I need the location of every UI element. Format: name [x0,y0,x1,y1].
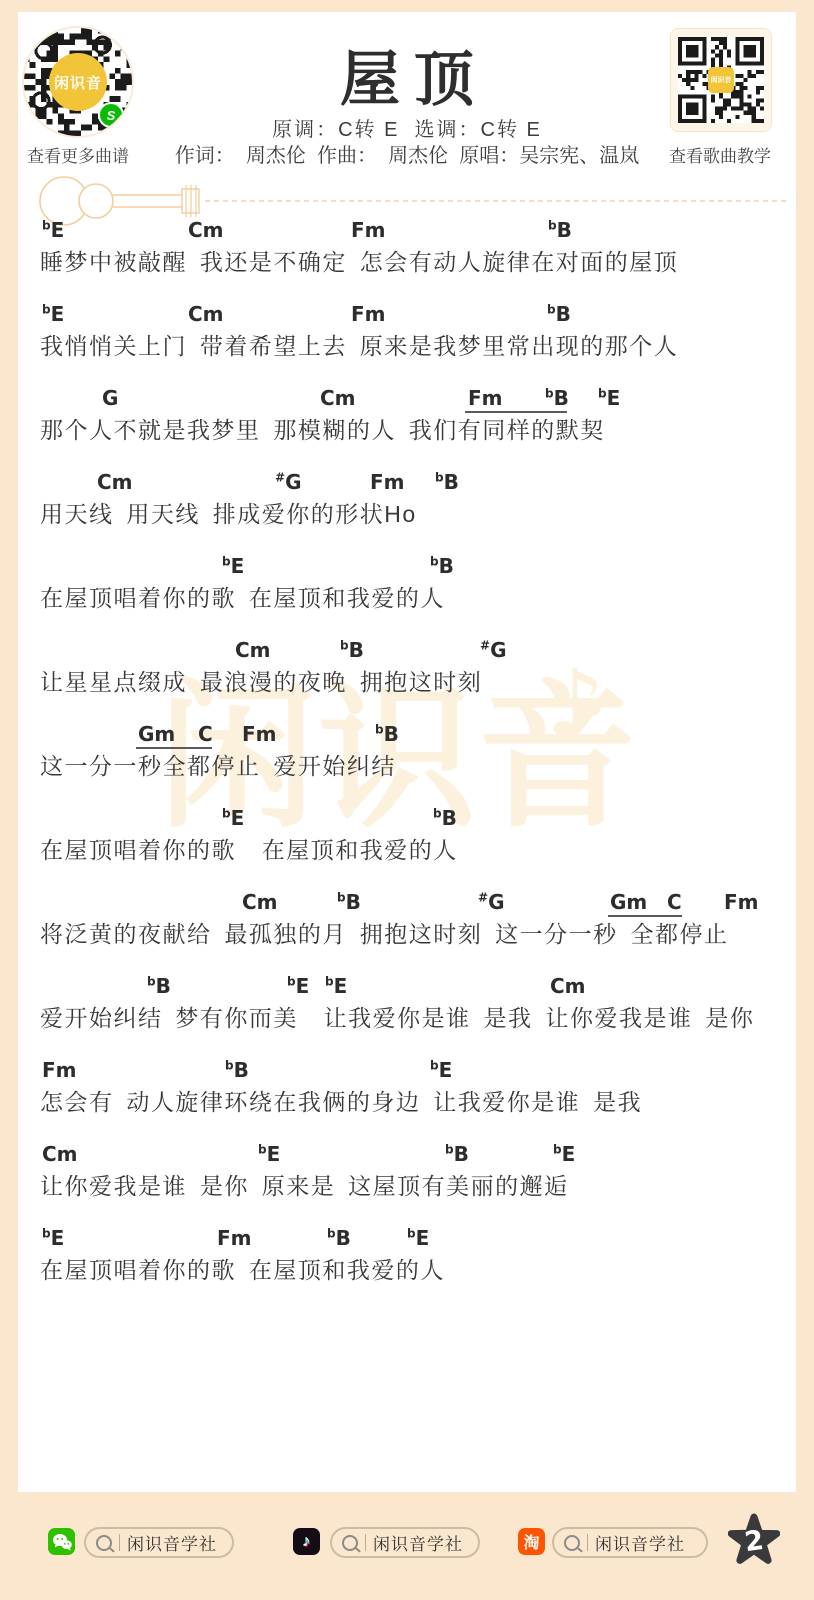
douyin-note-icon: ♪ [303,1533,311,1551]
sheet-line: CmbB#GGmCFm将泛黄的夜献给 最孤独的月 拥抱这时刻 这一分一秒 全都停… [40,890,788,974]
chord: bE [598,386,620,410]
pill-divider [365,1534,366,1551]
douyin-search-pill[interactable]: 闲识音学社 [330,1527,480,1558]
chord: G [102,386,118,410]
lyrics-line: 在屋顶唱着你的歌 在屋顶和我爱的人 [40,1252,788,1285]
footer-bar: 闲识音学社 ♪ 闲识音学社 淘 闲识音学社 2 [0,1492,814,1600]
chord: bE [407,1226,429,1250]
chord: bB [430,554,454,578]
chord: bE [430,1058,452,1082]
star-logo-icon: 2 [728,1512,780,1568]
lyrics-line: 这一分一秒全都停止 爱开始纠结 [40,748,788,781]
chord: bE [42,1226,64,1250]
chord: bB [375,722,399,746]
sheet-line: GCmFmbBbE那个人不就是我梦里 那模糊的人 我们有同样的默契 [40,386,788,470]
chord: bE [325,974,347,998]
chord: #G [275,470,301,494]
search-label: 闲识音学社 [373,1530,463,1555]
sheet-line: Cm#GFmbB用天线 用天线 排成爱你的形状Ho [40,470,788,554]
search-label: 闲识音学社 [595,1530,685,1555]
chord: Cm [188,218,224,242]
left-qr-caption: 查看更多曲谱 [20,142,136,167]
sheet-line: bECmFmbB我悄悄关上门 带着希望上去 原来是我梦里常出现的那个人 [40,302,788,386]
wechat-search-pill[interactable]: 闲识音学社 [84,1527,234,1558]
sheet-line: FmbBbE怎会有 动人旋律环绕在我俩的身边 让我爱你是谁 是我 [40,1058,788,1142]
lyrics-line: 怎会有 动人旋律环绕在我俩的身边 让我爱你是谁 是我 [40,1084,788,1117]
chord-underline [608,915,682,917]
chord: Fm [370,470,405,494]
chord: bB [340,638,364,662]
chord: bB [548,218,572,242]
chord-underline [465,411,567,413]
chord: bB [545,386,569,410]
chord: #G [480,638,506,662]
lyrics-line: 让你爱我是谁 是你 原来是 这屋顶有美丽的邂逅 [40,1168,788,1201]
chord: Fm [351,302,386,326]
lyrics-line: 我悄悄关上门 带着希望上去 原来是我梦里常出现的那个人 [40,328,788,361]
chord: bB [547,302,571,326]
chord: bE [42,302,64,326]
lyrics-line: 睡梦中被敲醒 我还是不确定 怎会有动人旋律在对面的屋顶 [40,244,788,277]
chord: Gm [610,890,647,914]
chord: Fm [724,890,759,914]
qr-center-logo-small: 闲识音 [708,67,734,93]
chord: Cm [97,470,133,494]
lyrics-line: 用天线 用天线 排成爱你的形状Ho [40,496,788,529]
mini-program-icon: S [98,102,124,128]
chord: Fm [242,722,277,746]
chord: bE [222,554,244,578]
chord: Gm [138,722,175,746]
chord: Cm [188,302,224,326]
lyrics-line: 爱开始纠结 梦有你而美 让我爱你是谁 是我 让你爱我是谁 是你 [40,1000,788,1033]
right-qr-card: 闲识音 [670,28,772,132]
chord: Fm [42,1058,77,1082]
chord: Fm [217,1226,252,1250]
sheet-line: bBbEbECm爱开始纠结 梦有你而美 让我爱你是谁 是我 让你爱我是谁 是你 [40,974,788,1058]
chord: bE [287,974,309,998]
search-icon [342,1535,358,1551]
chord: bB [327,1226,351,1250]
lyrics-line: 那个人不就是我梦里 那模糊的人 我们有同样的默契 [40,412,788,445]
chord: bB [147,974,171,998]
chord: bE [222,806,244,830]
lyrics-line: 将泛黄的夜献给 最孤独的月 拥抱这时刻 这一分一秒 全都停止 [40,916,788,949]
chord-sheet: bECmFmbB睡梦中被敲醒 我还是不确定 怎会有动人旋律在对面的屋顶bECmF… [40,218,788,1310]
chord: bE [553,1142,575,1166]
chord: bB [445,1142,469,1166]
chord: Cm [550,974,586,998]
wechat-bubbles-icon [50,1530,74,1554]
sheet-line: CmbB#G让星星点缀成 最浪漫的夜晚 拥抱这时刻 [40,638,788,722]
chord: C [198,722,213,746]
sheet-line: bEbB在屋顶唱着你的歌 在屋顶和我爱的人 [40,806,788,890]
chord: Fm [468,386,503,410]
lyrics-line: 在屋顶唱着你的歌 在屋顶和我爱的人 [40,832,788,865]
sheet-card: 屋顶 原调：C转 E 选调：C转 E 作词： 周杰伦 作曲： 周杰伦 原唱：吴宗… [18,12,796,1492]
chord: Cm [320,386,356,410]
chord: C [667,890,682,914]
chord: bB [433,806,457,830]
chord: Cm [235,638,271,662]
chord: Cm [42,1142,78,1166]
pill-divider [587,1534,588,1551]
taobao-badge: 淘 [523,1530,539,1553]
douyin-icon: ♪ [293,1528,320,1555]
chord: bB [435,470,459,494]
left-qr-code: 闲识音 S [24,28,132,136]
chord: bE [258,1142,280,1166]
pill-divider [119,1534,120,1551]
chord: Fm [351,218,386,242]
chord: #G [478,890,504,914]
wechat-icon [48,1528,75,1555]
sheet-line: bEbB在屋顶唱着你的歌 在屋顶和我爱的人 [40,554,788,638]
lyrics-line: 让星星点缀成 最浪漫的夜晚 拥抱这时刻 [40,664,788,697]
taobao-search-pill[interactable]: 闲识音学社 [552,1527,708,1558]
sheet-line: bEFmbBbE在屋顶唱着你的歌 在屋顶和我爱的人 [40,1226,788,1310]
search-icon [96,1535,112,1551]
poster-background: 屋顶 原调：C转 E 选调：C转 E 作词： 周杰伦 作曲： 周杰伦 原唱：吴宗… [0,0,814,1600]
qr-center-logo: 闲识音 [49,53,107,111]
chord: bB [337,890,361,914]
search-label: 闲识音学社 [127,1530,217,1555]
search-icon [564,1535,580,1551]
chord-underline [136,747,212,749]
sheet-line: GmCFmbB这一分一秒全都停止 爱开始纠结 [40,722,788,806]
chord: bE [42,218,64,242]
chord: Cm [242,890,278,914]
chord: bB [225,1058,249,1082]
sheet-line: bECmFmbB睡梦中被敲醒 我还是不确定 怎会有动人旋律在对面的屋顶 [40,218,788,302]
sheet-line: CmbEbBbE让你爱我是谁 是你 原来是 这屋顶有美丽的邂逅 [40,1142,788,1226]
right-qr-caption: 查看歌曲教学 [662,142,778,167]
star-logo: 2 [728,1512,780,1568]
taobao-icon: 淘 [518,1528,545,1555]
right-qr-code: 闲识音 [678,37,764,123]
lyrics-line: 在屋顶唱着你的歌 在屋顶和我爱的人 [40,580,788,613]
